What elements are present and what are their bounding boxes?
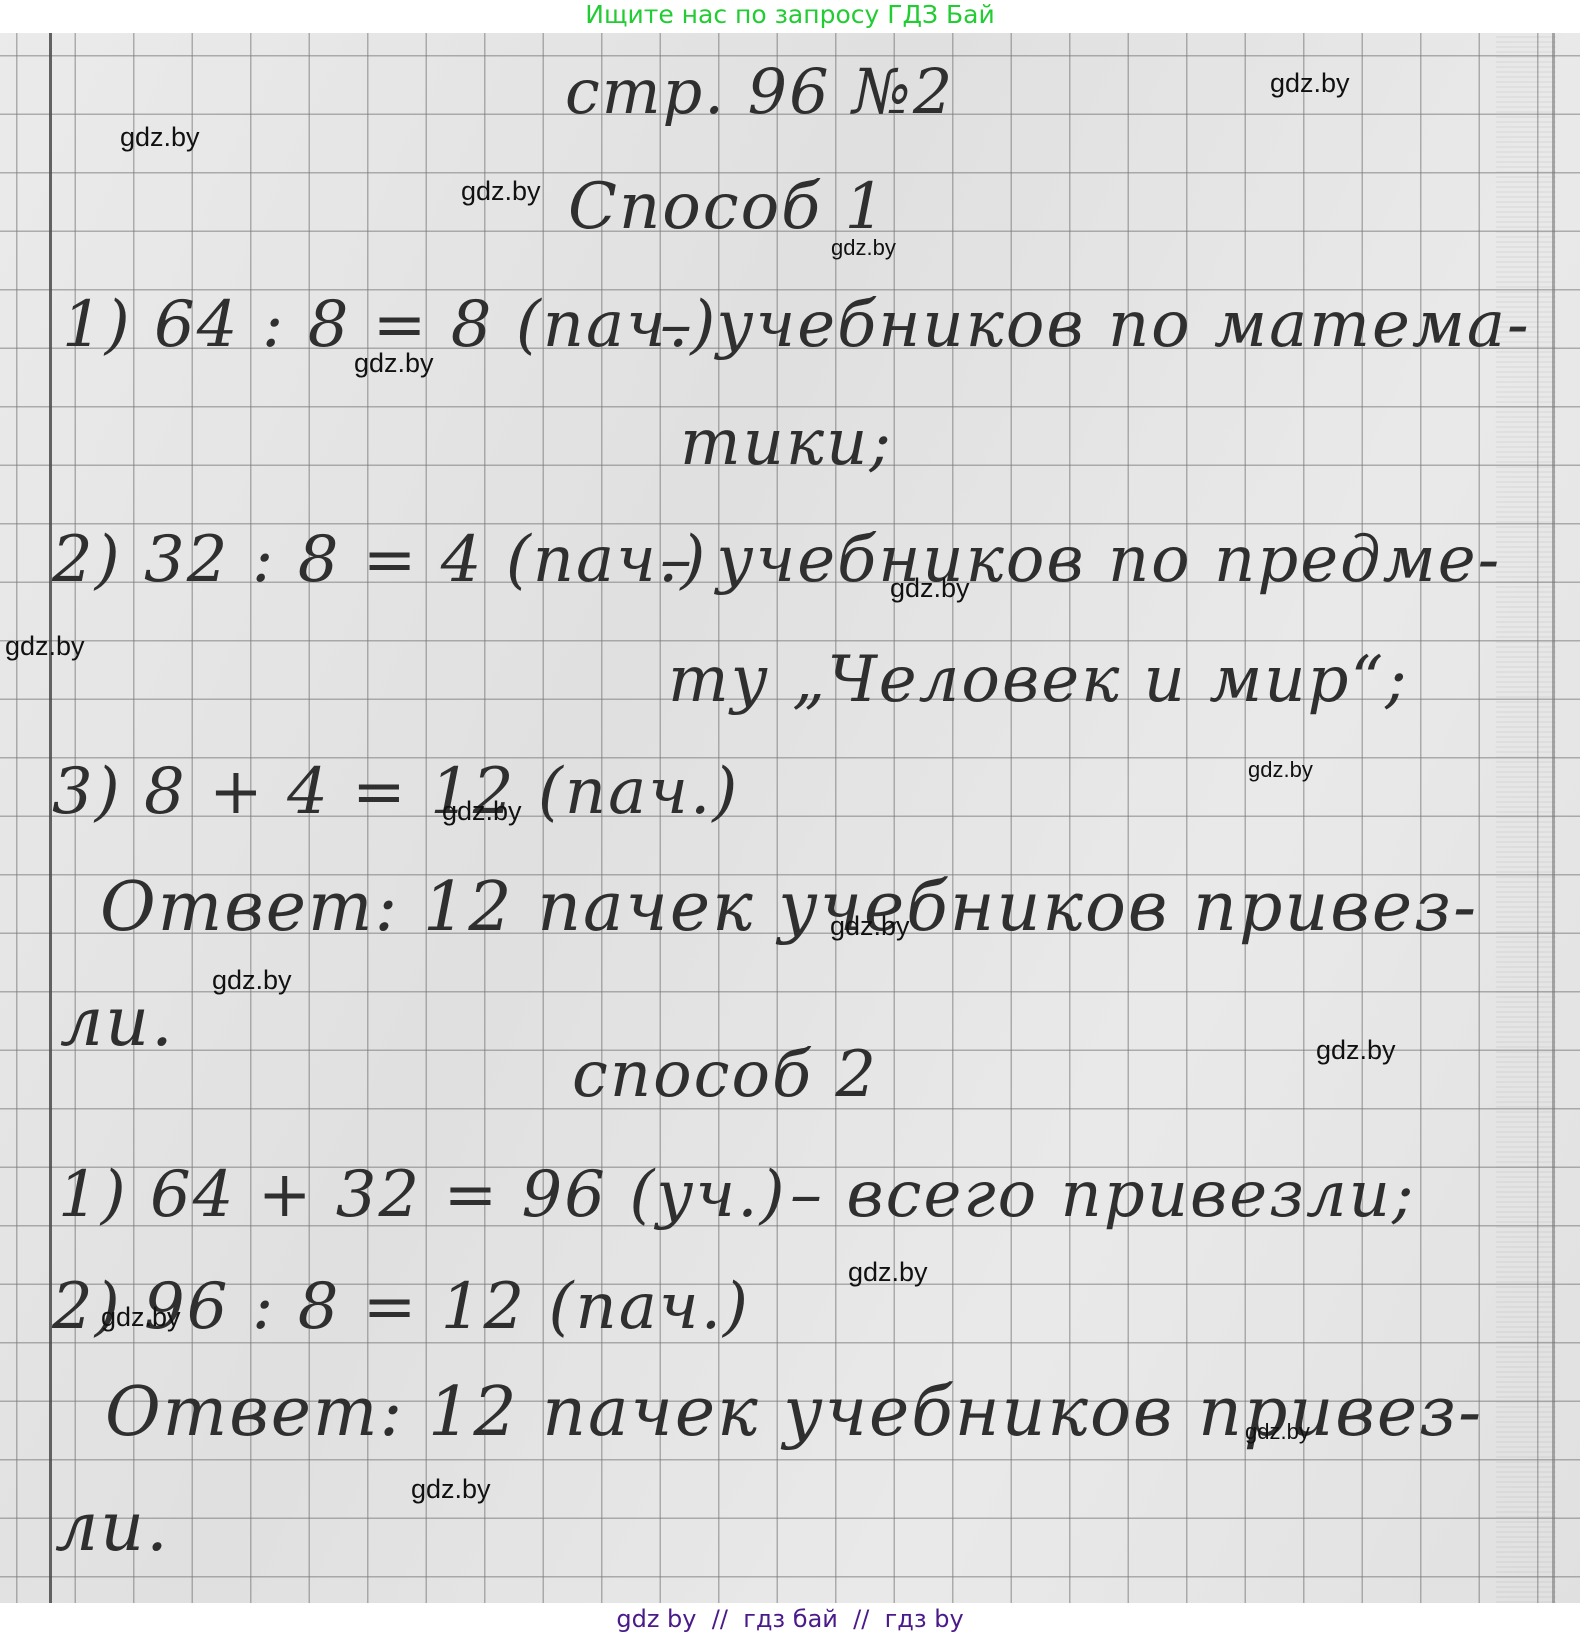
notebook-fold-line: [1552, 33, 1555, 1603]
method2-heading: способ 2: [572, 1038, 878, 1112]
method1-step1-desc: – учебников по матема-: [660, 288, 1531, 362]
top-banner: Ищите нас по запросу ГДЗ Бай: [0, 0, 1580, 33]
search-hint-link[interactable]: Ищите нас по запросу ГДЗ Бай: [585, 0, 994, 29]
watermark: gdz.by: [1270, 70, 1350, 97]
watermark: gdz.by: [5, 633, 85, 660]
page-edge-texture: [1496, 33, 1556, 1603]
footer-link-gdz-by-cyr[interactable]: гдз by: [885, 1605, 964, 1633]
watermark: gdz.by: [411, 1476, 491, 1503]
watermark: gdz.by: [1248, 759, 1313, 781]
exercise-title: стр. 96 №2: [565, 55, 954, 128]
method1-heading: Способ 1: [568, 170, 887, 244]
watermark: gdz.by: [848, 1259, 928, 1286]
watermark: gdz.by: [830, 913, 910, 940]
watermark: gdz.by: [354, 350, 434, 377]
method1-step2-desc: – учебников по предме-: [660, 523, 1501, 597]
watermark: gdz.by: [461, 178, 541, 205]
method1-answer-cont: ли.: [60, 983, 175, 1062]
watermark: gdz.by: [120, 124, 200, 151]
method1-step3-expr: 3) 8 + 4 = 12 (пач.): [52, 755, 739, 829]
watermark: gdz.by: [890, 575, 970, 602]
watermark: gdz.by: [212, 967, 292, 994]
method1-step2-expr: 2) 32 : 8 = 4 (пач.): [52, 523, 707, 597]
notebook-photo: стр. 96 №2 Способ 1 1) 64 : 8 = 8 (пач.)…: [0, 33, 1580, 1603]
method2-answer-cont: ли.: [55, 1488, 170, 1567]
watermark: gdz.by: [101, 1304, 181, 1331]
method1-step2-desc-cont: ту „Человек и мир“;: [668, 643, 1409, 717]
watermark: gdz.by: [442, 798, 522, 825]
method1-step1-desc-cont: тики;: [680, 406, 893, 480]
footer-separator: //: [712, 1605, 728, 1633]
footer-link-gdz-bai[interactable]: гдз бай: [743, 1605, 838, 1633]
watermark: gdz.by: [1245, 1421, 1310, 1443]
footer-separator: //: [853, 1605, 869, 1633]
method2-step1-expr: 1) 64 + 32 = 96 (уч.): [58, 1158, 787, 1232]
bottom-banner: gdz by // гдз бай // гдз by: [0, 1603, 1580, 1636]
watermark: gdz.by: [1316, 1037, 1396, 1064]
method1-answer: Ответ: 12 пачек учебников привез-: [100, 868, 1478, 947]
watermark: gdz.by: [831, 237, 896, 259]
footer-link-gdz-by[interactable]: gdz by: [616, 1605, 696, 1633]
method2-step1-desc: – всего привезли;: [790, 1158, 1416, 1232]
